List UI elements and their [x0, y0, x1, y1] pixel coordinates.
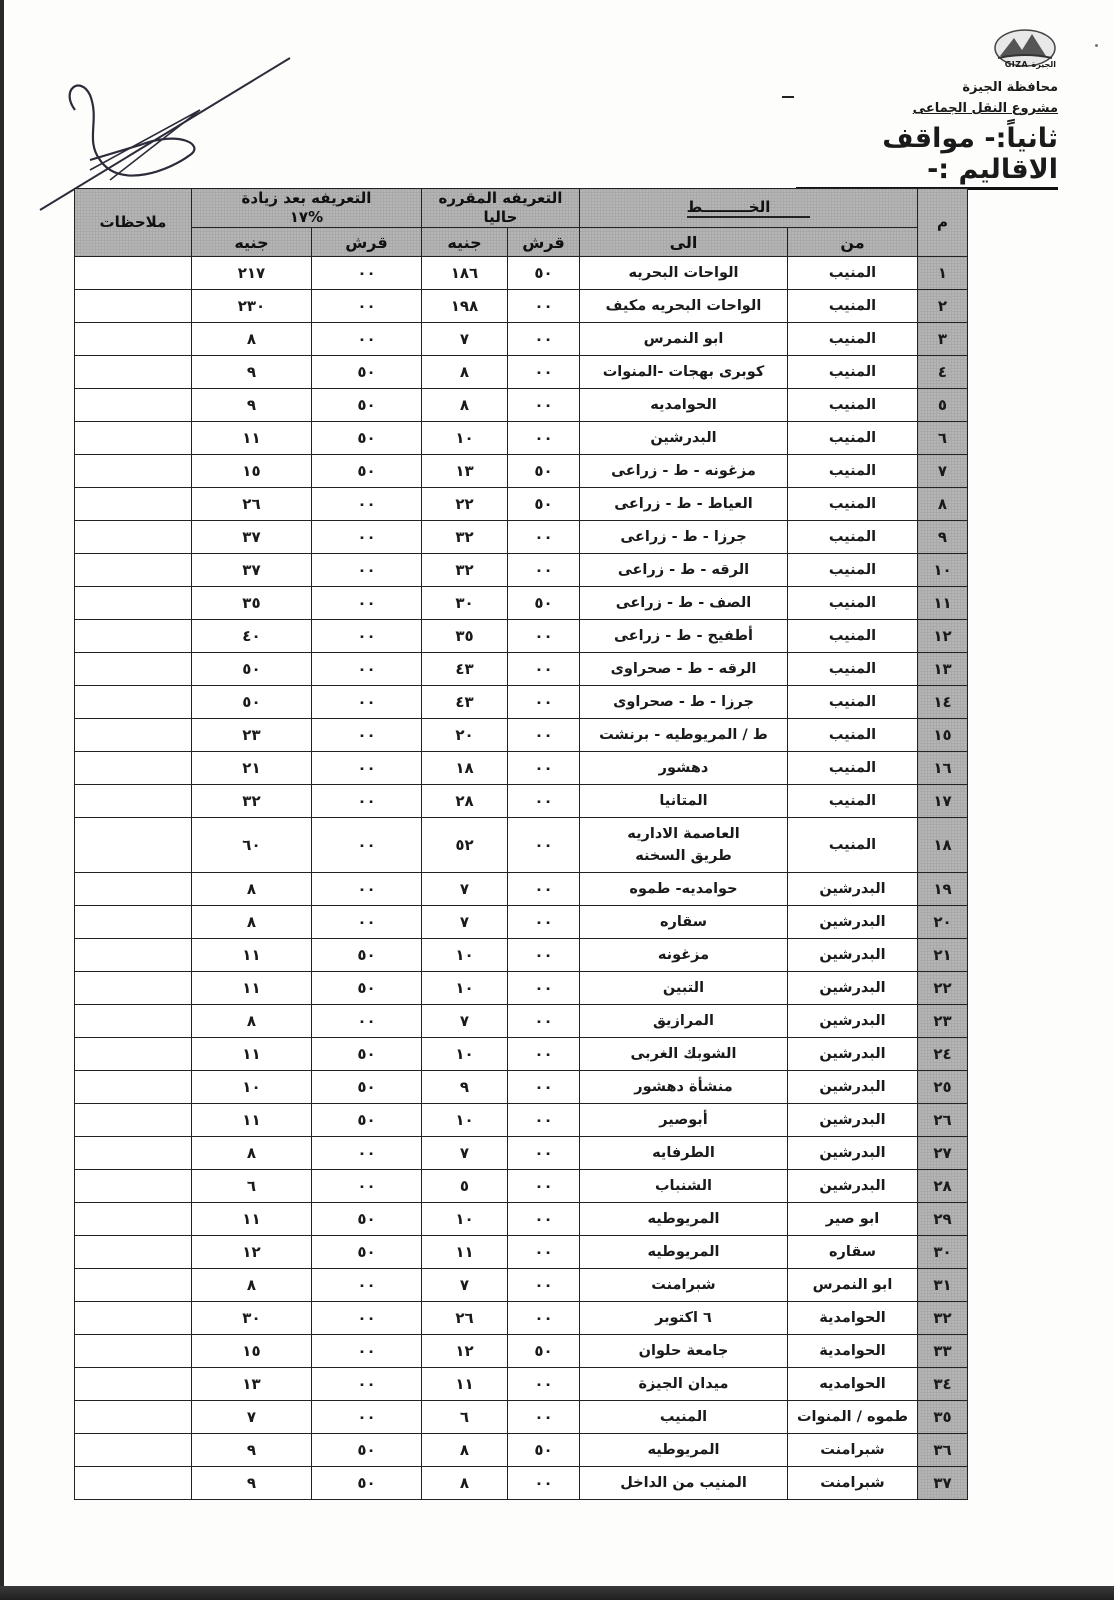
new-pound-cell: ١١ [191, 422, 311, 455]
table-row: ٣٤الحوامديهميدان الجيزة٠٠١١٠٠١٣ [74, 1368, 967, 1401]
route-to-cell: العياط - ط - زراعى [579, 488, 787, 521]
new-pound-cell: ٣٠ [191, 1302, 311, 1335]
row-number-cell: ٢٩ [918, 1203, 968, 1236]
new-pound-cell: ٣٥ [191, 587, 311, 620]
notes-cell [74, 257, 191, 290]
new-pound-cell: ١١ [191, 1038, 311, 1071]
current-qirsh-cell: ٠٠ [507, 1368, 579, 1401]
current-pound-cell: ١٠ [421, 422, 507, 455]
current-qirsh-cell: ٠٠ [507, 356, 579, 389]
header-current-fare-label: التعريفه المقرره حاليا [439, 189, 563, 226]
route-from-cell: المنيب [788, 356, 918, 389]
new-qirsh-cell: ٠٠ [311, 554, 421, 587]
route-from-cell: البدرشين [788, 1038, 918, 1071]
header-new-qirsh: قرش [311, 228, 421, 257]
current-qirsh-cell: ٥٠ [507, 455, 579, 488]
decorative-dash [782, 96, 794, 98]
new-qirsh-cell: ٠٠ [311, 719, 421, 752]
current-pound-cell: ٤٣ [421, 686, 507, 719]
route-to-cell: دهشور [579, 752, 787, 785]
route-from-cell: المنيب [788, 422, 918, 455]
route-to-cell: ابو النمرس [579, 323, 787, 356]
new-qirsh-cell: ٠٠ [311, 1005, 421, 1038]
route-from-cell: ابو النمرس [788, 1269, 918, 1302]
row-number-cell: ٥ [918, 389, 968, 422]
notes-cell [74, 719, 191, 752]
new-pound-cell: ٨ [191, 1137, 311, 1170]
notes-cell [74, 323, 191, 356]
row-number-cell: ٢٤ [918, 1038, 968, 1071]
current-qirsh-cell: ٠٠ [507, 1104, 579, 1137]
governorate-name: محافظة الجيزة [962, 80, 1058, 95]
row-number-cell: ٢ [918, 290, 968, 323]
table-row: ٤المنيبكوبرى بهجات -المنوات٠٠٨٥٠٩ [74, 356, 967, 389]
route-to-cell: الشوبك الغربى [579, 1038, 787, 1071]
route-from-cell: سقاره [788, 1236, 918, 1269]
new-pound-cell: ٢٦ [191, 488, 311, 521]
route-from-cell: ابو صير [788, 1203, 918, 1236]
new-pound-cell: ٦٠ [191, 818, 311, 873]
document-page: GIZA الجيزة محافظة الجيزة مشروع النقل ال… [0, 0, 1114, 1600]
route-from-cell: المنيب [788, 554, 918, 587]
notes-cell [74, 1467, 191, 1500]
route-from-cell: البدرشين [788, 1137, 918, 1170]
current-qirsh-cell: ٠٠ [507, 554, 579, 587]
current-qirsh-cell: ٠٠ [507, 1401, 579, 1434]
new-qirsh-cell: ٠٠ [311, 1269, 421, 1302]
current-pound-cell: ١٠ [421, 1038, 507, 1071]
new-pound-cell: ١١ [191, 939, 311, 972]
new-pound-cell: ٣٧ [191, 554, 311, 587]
current-qirsh-cell: ٠٠ [507, 719, 579, 752]
current-qirsh-cell: ٠٠ [507, 1038, 579, 1071]
route-from-cell: شبرامنت [788, 1434, 918, 1467]
table-row: ٣المنيبابو النمرس٠٠٧٠٠٨ [74, 323, 967, 356]
row-number-cell: ٣ [918, 323, 968, 356]
project-name: مشروع النقل الجماعى [913, 101, 1058, 116]
current-pound-cell: ٧ [421, 323, 507, 356]
new-pound-cell: ٣٢ [191, 785, 311, 818]
notes-cell [74, 1203, 191, 1236]
current-qirsh-cell: ٠٠ [507, 1170, 579, 1203]
route-from-cell: الحوامدية [788, 1335, 918, 1368]
row-number-cell: ١٩ [918, 873, 968, 906]
route-to-cell: الطرفايه [579, 1137, 787, 1170]
current-pound-cell: ١٠ [421, 939, 507, 972]
notes-cell [74, 1137, 191, 1170]
notes-cell [74, 389, 191, 422]
notes-cell [74, 620, 191, 653]
table-row: ٣٥طموه / المنواتالمنيب٠٠٦٠٠٧ [74, 1401, 967, 1434]
row-number-cell: ٦ [918, 422, 968, 455]
table-row: ٨المنيبالعياط - ط - زراعى٥٠٢٢٠٠٢٦ [74, 488, 967, 521]
header-new-fare-label: التعريفه بعد زيادة %١٧ [242, 189, 372, 226]
route-from-cell: المنيب [788, 587, 918, 620]
scan-edge-bottom [0, 1586, 1114, 1600]
fares-table: م الخـــــــــط التعريفه المقرره حاليا ا… [74, 188, 968, 1500]
new-qirsh-cell: ٥٠ [311, 939, 421, 972]
current-qirsh-cell: ٥٠ [507, 1335, 579, 1368]
notes-cell [74, 1071, 191, 1104]
new-qirsh-cell: ٠٠ [311, 587, 421, 620]
table-row: ٢٦البدرشينأبوصير٠٠١٠٥٠١١ [74, 1104, 967, 1137]
route-from-cell: المنيب [788, 521, 918, 554]
row-number-cell: ٤ [918, 356, 968, 389]
route-to-cell: المتانيا [579, 785, 787, 818]
table-row: ٢٧البدرشينالطرفايه٠٠٧٠٠٨ [74, 1137, 967, 1170]
header-to: الى [579, 228, 787, 257]
route-to-cell: مزغونه [579, 939, 787, 972]
notes-cell [74, 873, 191, 906]
new-qirsh-cell: ٠٠ [311, 1302, 421, 1335]
current-qirsh-cell: ٥٠ [507, 1434, 579, 1467]
route-from-cell: البدرشين [788, 1071, 918, 1104]
route-to-cell: الصف - ط - زراعى [579, 587, 787, 620]
current-pound-cell: ٢٠ [421, 719, 507, 752]
route-from-cell: المنيب [788, 389, 918, 422]
new-qirsh-cell: ٥٠ [311, 389, 421, 422]
route-from-cell: البدرشين [788, 1104, 918, 1137]
route-from-cell: البدرشين [788, 1005, 918, 1038]
current-qirsh-cell: ٠٠ [507, 323, 579, 356]
route-from-cell: المنيب [788, 818, 918, 873]
new-pound-cell: ٢٣ [191, 719, 311, 752]
current-pound-cell: ٢٨ [421, 785, 507, 818]
table-row: ٣٢الحوامدية٦ اكتوبر٠٠٢٦٠٠٣٠ [74, 1302, 967, 1335]
table-row: ١٠المنيبالرقه - ط - زراعى٠٠٣٢٠٠٣٧ [74, 554, 967, 587]
current-qirsh-cell: ٠٠ [507, 1269, 579, 1302]
notes-cell [74, 587, 191, 620]
fares-table-body: ١المنيبالواحات البحريه٥٠١٨٦٠٠٢١٧٢المنيبا… [74, 257, 967, 1500]
route-to-cell: جرزا - ط - زراعى [579, 521, 787, 554]
table-row: ٢٠البدرشينسقاره٠٠٧٠٠٨ [74, 906, 967, 939]
new-qirsh-cell: ٠٠ [311, 818, 421, 873]
current-qirsh-cell: ٠٠ [507, 1302, 579, 1335]
header-from: من [788, 228, 918, 257]
table-row: ٢٩ابو صيرالمريوطيه٠٠١٠٥٠١١ [74, 1203, 967, 1236]
new-qirsh-cell: ٠٠ [311, 1137, 421, 1170]
route-to-cell: العاصمة الاداريه طريق السخنه [579, 818, 787, 873]
new-qirsh-cell: ٥٠ [311, 1236, 421, 1269]
table-row: ٦المنيبالبدرشين٠٠١٠٥٠١١ [74, 422, 967, 455]
route-to-cell: الشنباب [579, 1170, 787, 1203]
table-row: ٢٨البدرشينالشنباب٠٠٥٠٠٦ [74, 1170, 967, 1203]
new-qirsh-cell: ٠٠ [311, 488, 421, 521]
new-qirsh-cell: ٠٠ [311, 1335, 421, 1368]
table-row: ٣٣الحوامديةجامعة حلوان٥٠١٢٠٠١٥ [74, 1335, 967, 1368]
current-pound-cell: ٧ [421, 906, 507, 939]
new-pound-cell: ٨ [191, 906, 311, 939]
new-qirsh-cell: ٥٠ [311, 1434, 421, 1467]
current-pound-cell: ١٠ [421, 1203, 507, 1236]
current-qirsh-cell: ٥٠ [507, 257, 579, 290]
new-qirsh-cell: ٥٠ [311, 1467, 421, 1500]
row-number-cell: ٧ [918, 455, 968, 488]
decorative-dot [1095, 44, 1098, 47]
new-pound-cell: ١٥ [191, 1335, 311, 1368]
table-row: ٢المنيبالواحات البحريه مكيف٠٠١٩٨٠٠٢٣٠ [74, 290, 967, 323]
notes-cell [74, 521, 191, 554]
new-qirsh-cell: ٠٠ [311, 323, 421, 356]
row-number-cell: ١٠ [918, 554, 968, 587]
current-qirsh-cell: ٠٠ [507, 939, 579, 972]
route-to-cell: الواحات البحريه [579, 257, 787, 290]
notes-cell [74, 1302, 191, 1335]
new-qirsh-cell: ٠٠ [311, 1368, 421, 1401]
route-to-cell: سقاره [579, 906, 787, 939]
current-qirsh-cell: ٠٠ [507, 818, 579, 873]
new-qirsh-cell: ٠٠ [311, 906, 421, 939]
table-row: ١٣المنيبالرقه - ط - صحراوى٠٠٤٣٠٠٥٠ [74, 653, 967, 686]
row-number-cell: ٣٣ [918, 1335, 968, 1368]
table-row: ١٧المنيبالمتانيا٠٠٢٨٠٠٣٢ [74, 785, 967, 818]
route-from-cell: المنيب [788, 290, 918, 323]
notes-cell [74, 422, 191, 455]
notes-cell [74, 906, 191, 939]
notes-cell [74, 356, 191, 389]
new-qirsh-cell: ٠٠ [311, 873, 421, 906]
new-qirsh-cell: ٠٠ [311, 620, 421, 653]
row-number-cell: ١٨ [918, 818, 968, 873]
current-qirsh-cell: ٠٠ [507, 1071, 579, 1104]
row-number-cell: ٣٥ [918, 1401, 968, 1434]
current-pound-cell: ١٣ [421, 455, 507, 488]
current-qirsh-cell: ٠٠ [507, 620, 579, 653]
row-number-cell: ٣٢ [918, 1302, 968, 1335]
current-pound-cell: ١٠ [421, 972, 507, 1005]
route-to-cell: المنيب [579, 1401, 787, 1434]
row-number-cell: ٨ [918, 488, 968, 521]
table-row: ٣٧شبرامنتالمنيب من الداخل٠٠٨٥٠٩ [74, 1467, 967, 1500]
row-number-cell: ٢٣ [918, 1005, 968, 1038]
current-pound-cell: ٣٠ [421, 587, 507, 620]
route-to-cell: الحوامديه [579, 389, 787, 422]
current-pound-cell: ٤٣ [421, 653, 507, 686]
current-pound-cell: ٨ [421, 1434, 507, 1467]
route-to-cell: المرازيق [579, 1005, 787, 1038]
current-qirsh-cell: ٠٠ [507, 906, 579, 939]
row-number-cell: ١٤ [918, 686, 968, 719]
notes-cell [74, 290, 191, 323]
new-pound-cell: ٦ [191, 1170, 311, 1203]
notes-cell [74, 1038, 191, 1071]
header-current-fare: التعريفه المقرره حاليا [421, 189, 579, 228]
table-row: ١٩البدرشينحوامديه- طموه٠٠٧٠٠٨ [74, 873, 967, 906]
current-qirsh-cell: ٠٠ [507, 686, 579, 719]
notes-cell [74, 752, 191, 785]
route-from-cell: المنيب [788, 455, 918, 488]
notes-cell [74, 939, 191, 972]
notes-cell [74, 554, 191, 587]
row-number-cell: ٩ [918, 521, 968, 554]
new-qirsh-cell: ٠٠ [311, 290, 421, 323]
route-to-cell: جرزا - ط - صحراوى [579, 686, 787, 719]
current-qirsh-cell: ٠٠ [507, 521, 579, 554]
current-pound-cell: ٣٢ [421, 521, 507, 554]
row-number-cell: ٢٧ [918, 1137, 968, 1170]
notes-cell [74, 488, 191, 521]
section-title: ثانياً:- مواقف الاقاليم :- [796, 123, 1058, 190]
current-pound-cell: ٧ [421, 1269, 507, 1302]
new-qirsh-cell: ٠٠ [311, 1170, 421, 1203]
current-qirsh-cell: ٠٠ [507, 1203, 579, 1236]
notes-cell [74, 818, 191, 873]
current-qirsh-cell: ٠٠ [507, 1005, 579, 1038]
notes-cell [74, 1236, 191, 1269]
current-qirsh-cell: ٠٠ [507, 972, 579, 1005]
route-from-cell: المنيب [788, 785, 918, 818]
current-pound-cell: ٣٥ [421, 620, 507, 653]
current-qirsh-cell: ٠٠ [507, 389, 579, 422]
notes-cell [74, 1434, 191, 1467]
row-number-cell: ٣٦ [918, 1434, 968, 1467]
route-from-cell: المنيب [788, 653, 918, 686]
table-row: ٣٦شبرامنتالمريوطيه٥٠٨٥٠٩ [74, 1434, 967, 1467]
row-number-cell: ١٣ [918, 653, 968, 686]
route-to-cell: منشأة دهشور [579, 1071, 787, 1104]
row-number-cell: ٢٦ [918, 1104, 968, 1137]
new-pound-cell: ١٠ [191, 1071, 311, 1104]
route-to-cell: حوامديه- طموه [579, 873, 787, 906]
row-number-cell: ٢٢ [918, 972, 968, 1005]
route-from-cell: البدرشين [788, 906, 918, 939]
route-from-cell: المنيب [788, 719, 918, 752]
table-row: ٢١البدرشينمزغونه٠٠١٠٥٠١١ [74, 939, 967, 972]
new-qirsh-cell: ٥٠ [311, 1104, 421, 1137]
new-qirsh-cell: ٥٠ [311, 422, 421, 455]
new-pound-cell: ٢١ [191, 752, 311, 785]
route-to-cell: الواحات البحريه مكيف [579, 290, 787, 323]
route-from-cell: البدرشين [788, 1170, 918, 1203]
table-row: ١٥المنيبط / المريوطيه - برنشت٠٠٢٠٠٠٢٣ [74, 719, 967, 752]
current-qirsh-cell: ٠٠ [507, 1236, 579, 1269]
route-to-cell: المريوطيه [579, 1434, 787, 1467]
route-to-cell: مزغونه - ط - زراعى [579, 455, 787, 488]
scan-edge-left [0, 0, 4, 1600]
current-pound-cell: ٥٢ [421, 818, 507, 873]
current-pound-cell: ٢٦ [421, 1302, 507, 1335]
new-pound-cell: ٢١٧ [191, 257, 311, 290]
notes-cell [74, 1005, 191, 1038]
new-qirsh-cell: ٥٠ [311, 1203, 421, 1236]
route-to-cell: المنيب من الداخل [579, 1467, 787, 1500]
new-qirsh-cell: ٥٠ [311, 1038, 421, 1071]
new-qirsh-cell: ٠٠ [311, 521, 421, 554]
route-to-cell: المريوطيه [579, 1203, 787, 1236]
route-to-cell: أبوصير [579, 1104, 787, 1137]
table-row: ٧المنيبمزغونه - ط - زراعى٥٠١٣٥٠١٥ [74, 455, 967, 488]
current-pound-cell: ٨ [421, 389, 507, 422]
new-pound-cell: ١٥ [191, 455, 311, 488]
route-from-cell: البدرشين [788, 939, 918, 972]
route-from-cell: شبرامنت [788, 1467, 918, 1500]
new-qirsh-cell: ٠٠ [311, 686, 421, 719]
current-qirsh-cell: ٠٠ [507, 653, 579, 686]
route-to-cell: أطفيح - ط - زراعى [579, 620, 787, 653]
new-pound-cell: ٩ [191, 1434, 311, 1467]
notes-cell [74, 1335, 191, 1368]
new-pound-cell: ٨ [191, 1005, 311, 1038]
new-pound-cell: ١٢ [191, 1236, 311, 1269]
new-qirsh-cell: ٠٠ [311, 1401, 421, 1434]
notes-cell [74, 972, 191, 1005]
new-qirsh-cell: ٥٠ [311, 1071, 421, 1104]
route-from-cell: الحوامديه [788, 1368, 918, 1401]
row-number-cell: ٢٠ [918, 906, 968, 939]
table-row: ١٦المنيبدهشور٠٠١٨٠٠٢١ [74, 752, 967, 785]
table-row: ١٤المنيبجرزا - ط - صحراوى٠٠٤٣٠٠٥٠ [74, 686, 967, 719]
notes-cell [74, 785, 191, 818]
new-pound-cell: ٩ [191, 389, 311, 422]
row-number-cell: ١٧ [918, 785, 968, 818]
current-pound-cell: ٢٢ [421, 488, 507, 521]
current-pound-cell: ١٨ [421, 752, 507, 785]
current-qirsh-cell: ٥٠ [507, 587, 579, 620]
notes-cell [74, 1104, 191, 1137]
current-qirsh-cell: ٥٠ [507, 488, 579, 521]
table-row: ١١المنيبالصف - ط - زراعى٥٠٣٠٠٠٣٥ [74, 587, 967, 620]
new-pound-cell: ٩ [191, 1467, 311, 1500]
row-number-cell: ٢١ [918, 939, 968, 972]
route-from-cell: البدرشين [788, 873, 918, 906]
current-pound-cell: ١٢ [421, 1335, 507, 1368]
new-pound-cell: ٥٠ [191, 686, 311, 719]
new-pound-cell: ٤٠ [191, 620, 311, 653]
current-pound-cell: ١٩٨ [421, 290, 507, 323]
new-qirsh-cell: ٠٠ [311, 752, 421, 785]
current-qirsh-cell: ٠٠ [507, 1137, 579, 1170]
notes-cell [74, 1401, 191, 1434]
header-current-qirsh: قرش [507, 228, 579, 257]
current-pound-cell: ١٨٦ [421, 257, 507, 290]
route-to-cell: جامعة حلوان [579, 1335, 787, 1368]
new-qirsh-cell: ٠٠ [311, 785, 421, 818]
row-number-cell: ٢٨ [918, 1170, 968, 1203]
route-from-cell: المنيب [788, 752, 918, 785]
route-to-cell: الرقه - ط - صحراوى [579, 653, 787, 686]
table-row: ١المنيبالواحات البحريه٥٠١٨٦٠٠٢١٧ [74, 257, 967, 290]
row-number-cell: ١٦ [918, 752, 968, 785]
new-qirsh-cell: ٥٠ [311, 972, 421, 1005]
new-pound-cell: ٨ [191, 873, 311, 906]
table-row: ١٢المنيبأطفيح - ط - زراعى٠٠٣٥٠٠٤٠ [74, 620, 967, 653]
logo-caption: GIZA الجيزة [1005, 60, 1056, 69]
new-pound-cell: ٢٣٠ [191, 290, 311, 323]
current-pound-cell: ٩ [421, 1071, 507, 1104]
row-number-cell: ٣٠ [918, 1236, 968, 1269]
notes-cell [74, 1269, 191, 1302]
new-pound-cell: ١١ [191, 1104, 311, 1137]
route-from-cell: المنيب [788, 620, 918, 653]
table-row: ٢٤البدرشينالشوبك الغربى٠٠١٠٥٠١١ [74, 1038, 967, 1071]
header-route-label: الخـــــــــط [687, 198, 811, 218]
current-pound-cell: ٦ [421, 1401, 507, 1434]
notes-cell [74, 653, 191, 686]
current-qirsh-cell: ٠٠ [507, 785, 579, 818]
new-pound-cell: ٣٧ [191, 521, 311, 554]
new-pound-cell: ٨ [191, 323, 311, 356]
header-index: م [918, 189, 968, 257]
notes-cell [74, 1368, 191, 1401]
route-from-cell: المنيب [788, 686, 918, 719]
route-to-cell: التبين [579, 972, 787, 1005]
new-pound-cell: ١١ [191, 1203, 311, 1236]
route-from-cell: المنيب [788, 323, 918, 356]
row-number-cell: ١٥ [918, 719, 968, 752]
header-current-pound: جنيه [421, 228, 507, 257]
current-pound-cell: ٨ [421, 356, 507, 389]
route-to-cell: شبرامنت [579, 1269, 787, 1302]
